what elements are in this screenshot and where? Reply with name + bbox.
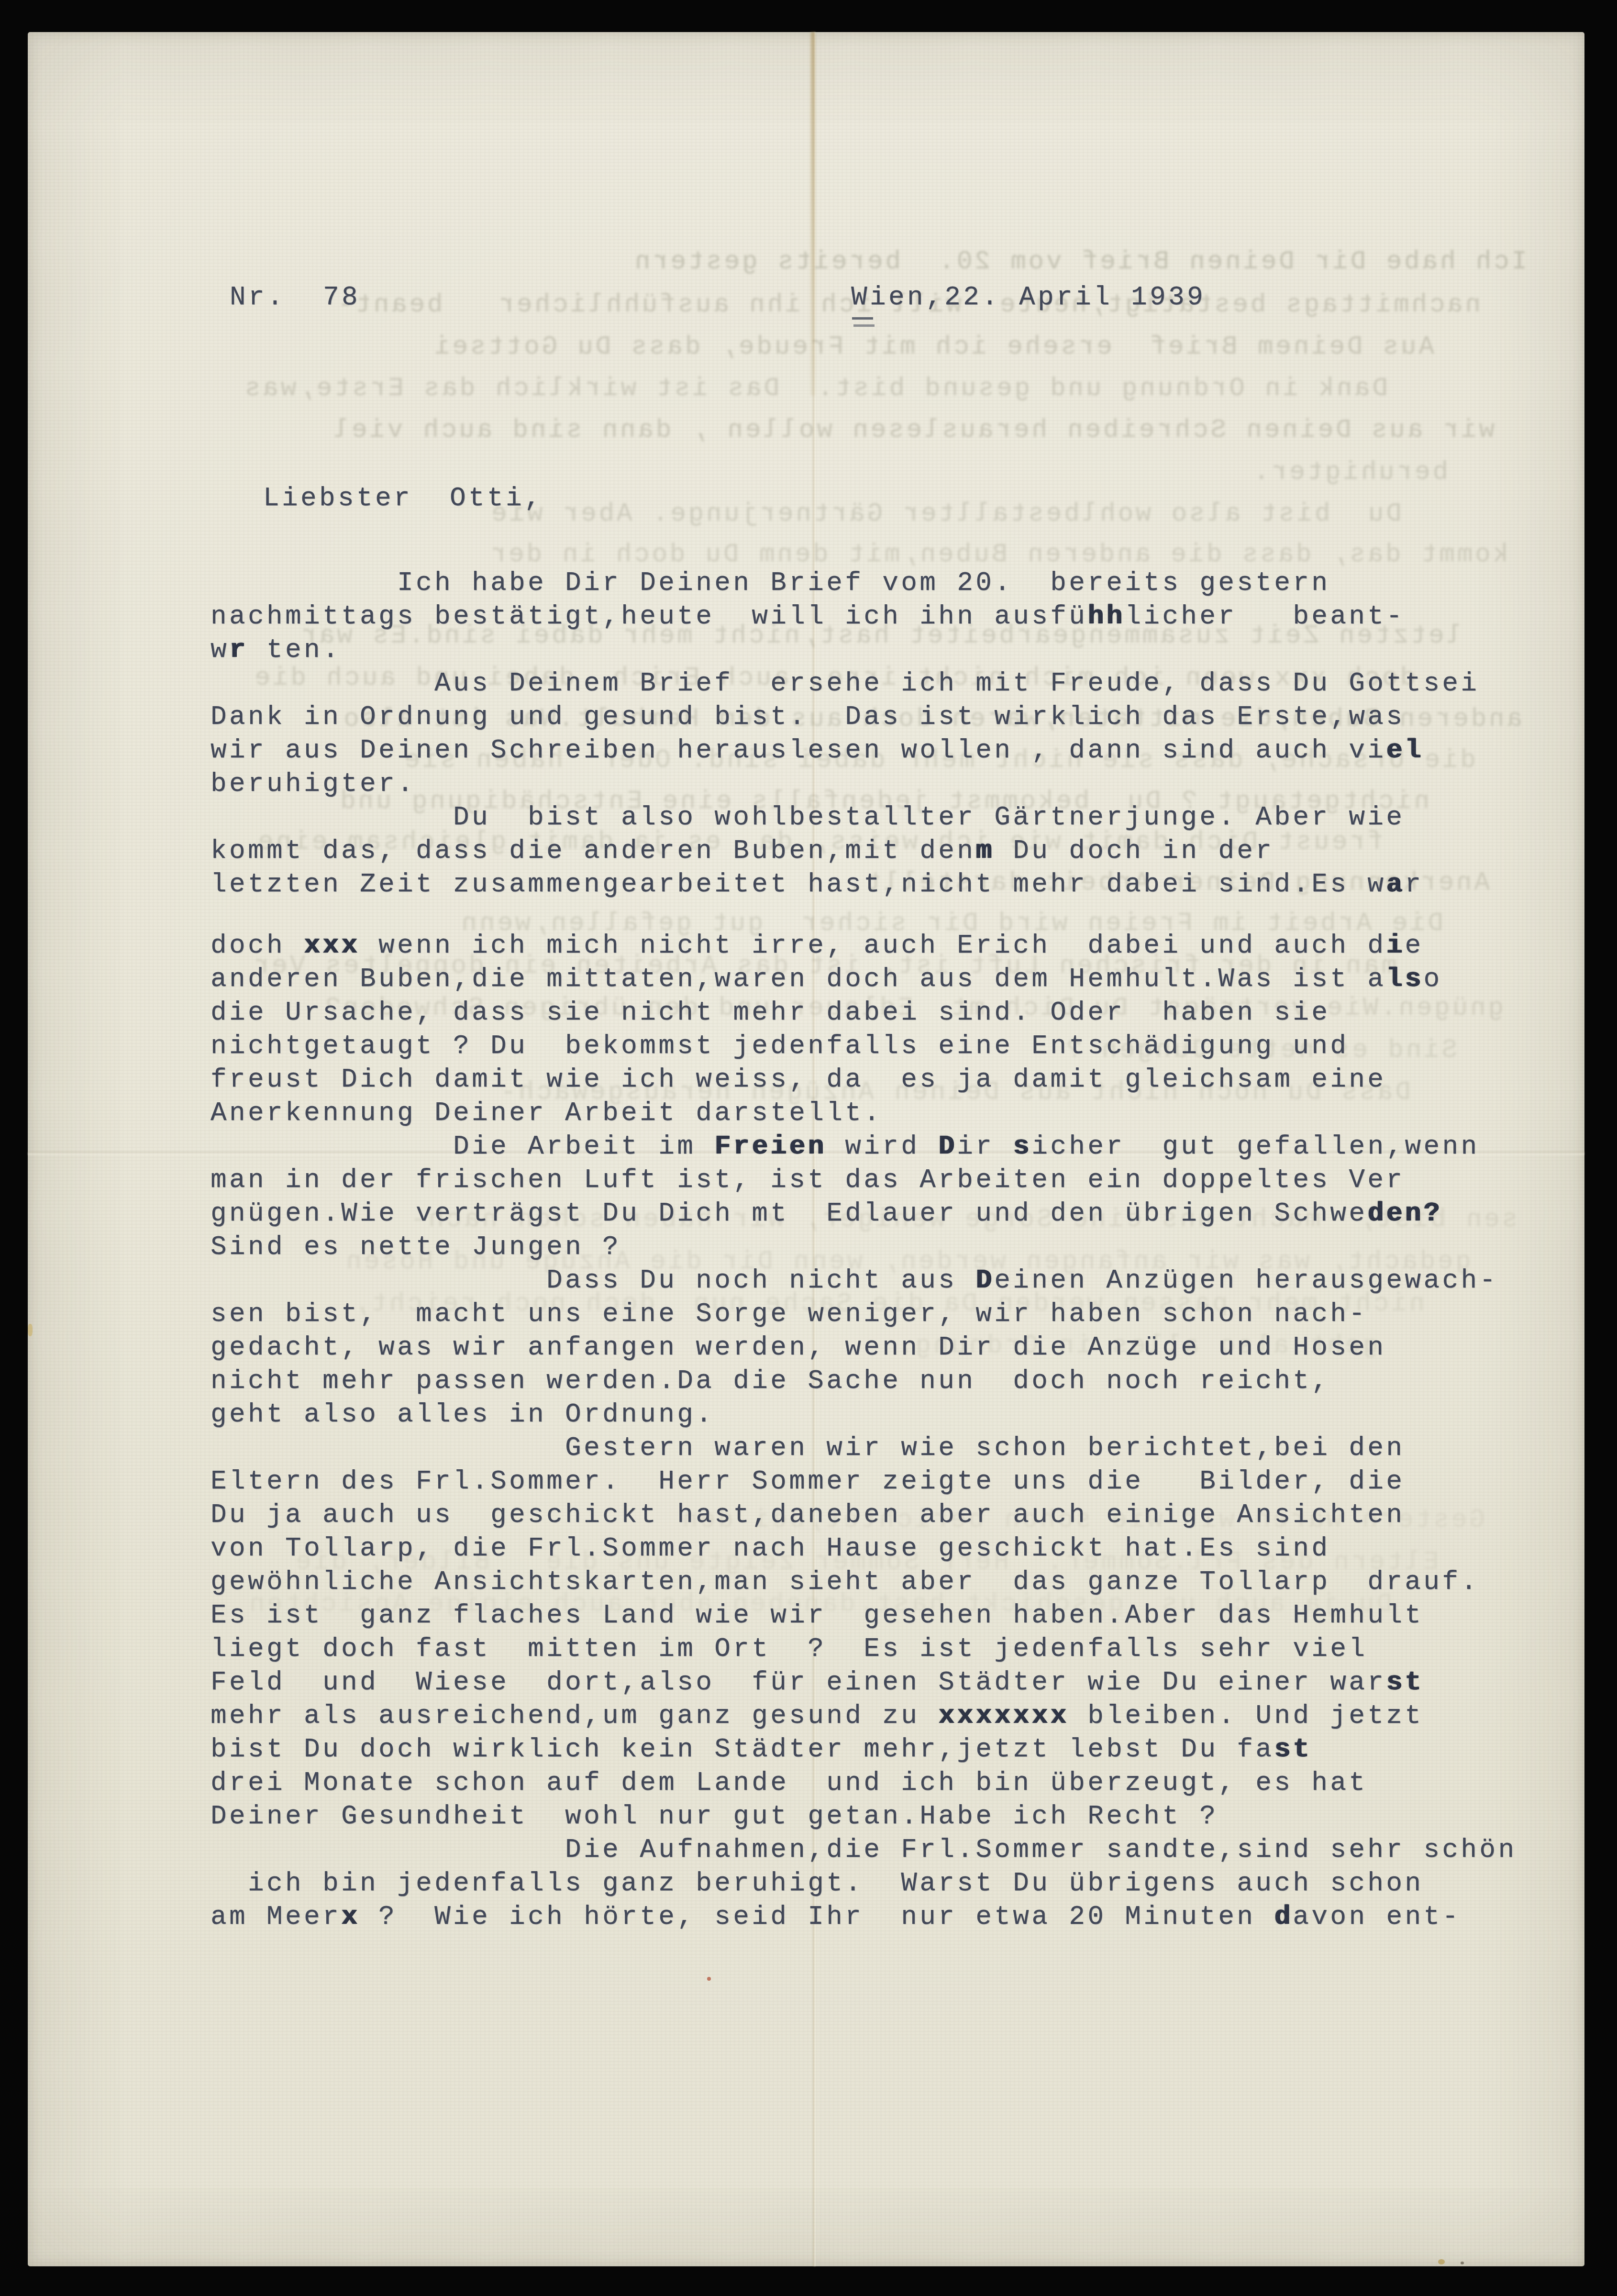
letter-line: Sind es nette Jungen ?	[210, 1230, 1517, 1264]
letter-line: gewöhnliche Ansichtskarten,man sieht abe…	[210, 1565, 1517, 1598]
bleedthrough-text: kommt das, dass die anderen Buben,mit de…	[488, 540, 1508, 569]
letter-line: drei Monate schon auf dem Lande und ich …	[210, 1766, 1517, 1799]
vertical-fold-crease-top	[810, 32, 815, 396]
letter-line: die Ursache, dass sie nicht mehr dabei s…	[210, 996, 1517, 1029]
letter-line: Dass Du noch nicht aus Deinen Anzügen he…	[210, 1264, 1517, 1297]
letter-line: kommt das, dass die anderen Buben,mit de…	[210, 834, 1517, 867]
letter-line: nichtgetaugt ? Du bekommst jedenfalls ei…	[210, 1029, 1517, 1063]
letter-line: von Tollarp, die Frl.Sommer nach Hause g…	[210, 1531, 1517, 1565]
letter-line: am Meerx ? Wie ich hörte, seid Ihr nur e…	[210, 1900, 1517, 1933]
letter-line: bist Du doch wirklich kein Städter mehr,…	[210, 1732, 1517, 1766]
letter-line: doch xxx wenn ich mich nicht irre, auch …	[210, 929, 1517, 962]
letter-line: freust Dich damit wie ich weiss, da es j…	[210, 1063, 1517, 1096]
letter-line: sen bist, macht uns eine Sorge weniger, …	[210, 1297, 1517, 1331]
letter-line: man in der frischen Luft ist, ist das Ar…	[210, 1163, 1517, 1197]
letter-line: wir aus Deinen Schreiben herauslesen wol…	[210, 733, 1517, 767]
letter-line: mehr als ausreichend,um ganz gesund zu x…	[210, 1699, 1517, 1732]
letter-line: Die Aufnahmen,die Frl.Sommer sandte,sind…	[210, 1833, 1517, 1866]
paper-speck	[707, 1977, 711, 1981]
letter-line: gedacht, was wir anfangen werden, wenn D…	[210, 1331, 1517, 1364]
letter-line: wr ten.	[210, 633, 1517, 666]
letter-line: nachmittags bestätigt,heute will ich ihn…	[210, 599, 1517, 633]
bleedthrough-text: Aus Deinem Brief ersehe ich mit Freude, …	[432, 333, 1434, 362]
letter-line: Die Arbeit im Freien wird Dir sicher gut…	[210, 1130, 1517, 1163]
letter-line: geht also alles in Ordnung.	[210, 1398, 1517, 1431]
letter-line: anderen Buben,die mittaten,waren doch au…	[210, 962, 1517, 996]
letter-line: Du bist also wohlbestallter Gärtnerjunge…	[210, 800, 1517, 834]
letter-line: liegt doch fast mitten im Ort ? Es ist j…	[210, 1632, 1517, 1665]
paper-speck	[1461, 2262, 1464, 2264]
letter-line: ich bin jedenfalls ganz beruhigt. Warst …	[210, 1866, 1517, 1900]
letter-place-date: Wien,22. April 1939	[851, 282, 1206, 312]
letter-line: Du ja auch us geschickt hast,daneben abe…	[210, 1498, 1517, 1531]
letter-line: Anerkennung Deiner Arbeit darstellt.	[210, 1096, 1517, 1130]
letter-line: beruhigter.	[210, 767, 1517, 800]
letter-line: Aus Deinem Brief ersehe ich mit Freude, …	[210, 666, 1517, 700]
letter-line: gnügen.Wie verträgst Du Dich mt Edlauer …	[210, 1197, 1517, 1230]
scanned-letter-image: Ich habe Dir Deinen Brief vom 20. bereit…	[0, 0, 1617, 2296]
letter-line: Eltern des Frl.Sommer. Herr Sommer zeigt…	[210, 1464, 1517, 1498]
bleedthrough-text: Du bist also wohlbestallter Gärtnerjunge…	[489, 499, 1402, 529]
letter-line: letzten Zeit zusammengearbeitet hast,nic…	[210, 867, 1517, 901]
letter-line: Feld und Wiese dort,also für einen Städt…	[210, 1665, 1517, 1699]
bleedthrough-text: wir aus Deinen Schreiben herauslesen wol…	[332, 416, 1495, 445]
salutation: Liebster Otti,	[263, 483, 543, 513]
date-underline-mark	[853, 324, 875, 327]
letter-line: Deiner Gesundheit wohl nur gut getan.Hab…	[210, 1799, 1517, 1833]
letter-page: Ich habe Dir Deinen Brief vom 20. bereit…	[28, 32, 1584, 2266]
letter-line: Dank in Ordnung und gesund bist. Das ist…	[210, 700, 1517, 733]
paper-speck	[28, 1324, 33, 1336]
letter-number: Nr. 78	[230, 282, 360, 312]
letter-body: Ich habe Dir Deinen Brief vom 20. bereit…	[210, 566, 1517, 1933]
date-underline-mark	[852, 317, 873, 320]
letter-line: Es ist ganz flaches Land wie wir gesehen…	[210, 1598, 1517, 1632]
paper-speck	[1438, 2259, 1445, 2264]
letter-line: Gestern waren wir wie schon berichtet,be…	[210, 1431, 1517, 1464]
letter-line: nicht mehr passen werden.Da die Sache nu…	[210, 1364, 1517, 1398]
letter-line: Ich habe Dir Deinen Brief vom 20. bereit…	[210, 566, 1517, 599]
bleedthrough-text: beruhigter.	[1252, 458, 1448, 487]
bleedthrough-text: Ich habe Dir Deinen Brief vom 20. bereit…	[632, 247, 1527, 277]
